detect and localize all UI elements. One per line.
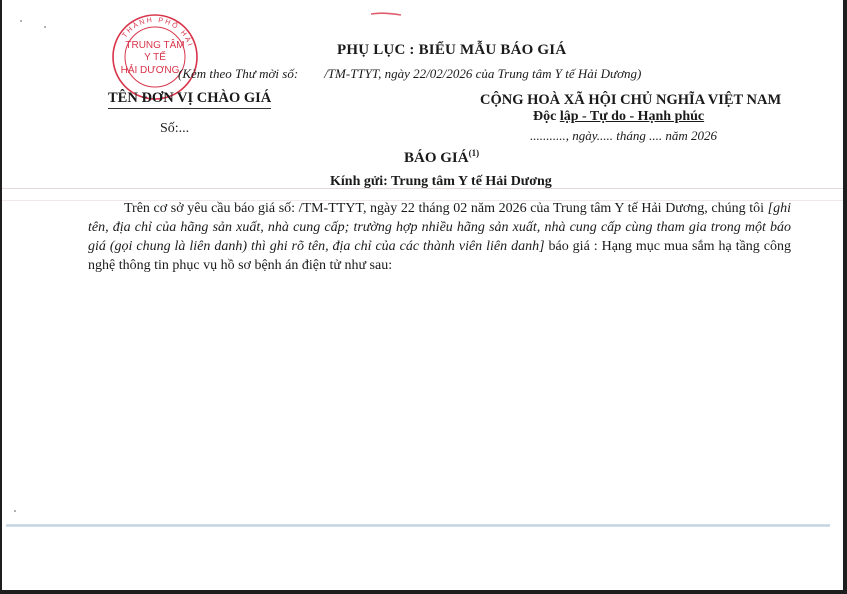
red-pen-mark-icon (371, 12, 401, 16)
document-title: PHỤ LỤC : BIỂU MẪU BÁO GIÁ (337, 42, 566, 59)
quote-title: BÁO GIÁ (404, 150, 469, 166)
stamp-line-1: TRUNG TÂM (125, 38, 184, 51)
footnote-marker: (1) (469, 148, 480, 158)
divider (2, 188, 843, 189)
quote-heading: BÁO GIÁ(1) (404, 148, 479, 167)
scan-speck (20, 20, 22, 22)
number-label: Số:... (160, 121, 189, 137)
page-bottom-line (6, 524, 830, 527)
stamp-line-3: HẢI DƯƠNG (121, 63, 180, 76)
date-line: ..........., ngày..... tháng .... năm 20… (530, 128, 717, 144)
stamp-line-2: Y TẾ (144, 50, 166, 63)
unit-name: TÊN ĐƠN VỊ CHÀO GIÁ (108, 90, 271, 109)
scan-speck (44, 26, 46, 28)
motto-part-1: Độc (533, 109, 560, 124)
attachment-ref: /TM-TTYT, ngày 22/02/2026 của Trung tâm … (324, 66, 641, 81)
attachment-prefix: (Kèm theo Thư mời số: (178, 66, 298, 81)
national-header: CỘNG HOÀ XÃ HỘI CHỦ NGHĨA VIỆT NAM (480, 92, 781, 109)
document-page: THÀNH PHỐ HẢI TRUNG TÂM Y TẾ HẢI DƯƠNG P… (2, 0, 843, 590)
body-intro: Trên cơ sở yêu cầu báo giá số: /TM-TTYT,… (88, 201, 768, 216)
national-motto: Độc lập - Tự do - Hạnh phúc (533, 109, 704, 125)
attachment-note: (Kèm theo Thư mời số:/TM-TTYT, ngày 22/0… (178, 66, 641, 82)
body-paragraph: Trên cơ sở yêu cầu báo giá số: /TM-TTYT,… (88, 199, 791, 275)
scan-speck (14, 510, 16, 512)
red-circular-seal-icon: THÀNH PHỐ HẢI TRUNG TÂM Y TẾ HẢI DƯƠNG (110, 12, 200, 102)
motto-part-2: lập - Tự do - Hạnh phúc (560, 109, 704, 124)
